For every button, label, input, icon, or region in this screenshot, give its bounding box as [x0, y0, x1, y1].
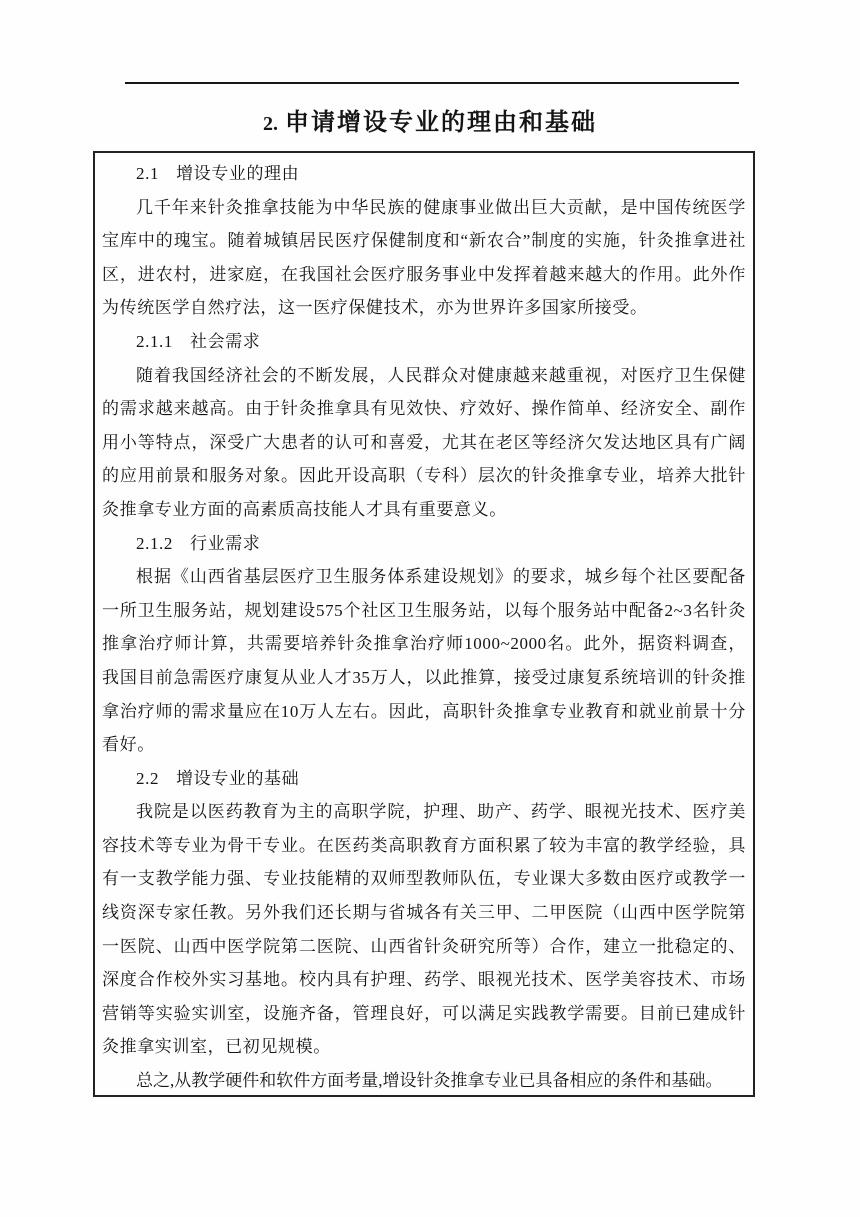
paragraph-summary: 总之,从教学硬件和软件方面考量,增设针灸推拿专业已具备相应的条件和基础。: [102, 1064, 746, 1097]
section-label: 增设专业的基础: [176, 769, 299, 788]
section-number: 2.2: [136, 769, 159, 788]
section-number: 2.1: [136, 164, 159, 183]
content-box: 2.1增设专业的理由 几千年来针灸推拿技能为中华民族的健康事业做出巨大贡献，是中…: [93, 151, 755, 1097]
section-label: 增设专业的理由: [176, 164, 299, 183]
section-heading-2-1-2: 2.1.2行业需求: [102, 527, 746, 561]
document-page: 2.申请增设专业的理由和基础 2.1增设专业的理由 几千年来针灸推拿技能为中华民…: [0, 0, 860, 1217]
paragraph-industry-demand: 根据《山西省基层医疗卫生服务体系建设规划》的要求，城乡每个社区要配备一所卫生服务…: [102, 560, 746, 762]
section-heading-2-1: 2.1增设专业的理由: [102, 157, 746, 191]
section-number: 2.1.1: [136, 332, 173, 351]
paragraph-reasons: 几千年来针灸推拿技能为中华民族的健康事业做出巨大贡献，是中国传统医学宝库中的瑰宝…: [102, 191, 746, 325]
paragraph-foundation: 我院是以医药教育为主的高职学院，护理、助产、药学、眼视光技术、医疗美容技术等专业…: [102, 795, 746, 1064]
header-divider-rule: [125, 82, 739, 84]
page-title: 2.申请增设专业的理由和基础: [0, 101, 860, 138]
section-label: 行业需求: [190, 534, 260, 553]
page-title-text: 申请增设专业的理由和基础: [285, 110, 597, 136]
section-number: 2.1.2: [136, 534, 173, 553]
section-heading-2-2: 2.2增设专业的基础: [102, 762, 746, 796]
paragraph-social-demand: 随着我国经济社会的不断发展，人民群众对健康越来越重视，对医疗卫生保健的需求越来越…: [102, 359, 746, 527]
section-label: 社会需求: [190, 332, 260, 351]
section-heading-2-1-1: 2.1.1社会需求: [102, 325, 746, 359]
page-title-number: 2.: [263, 113, 278, 135]
